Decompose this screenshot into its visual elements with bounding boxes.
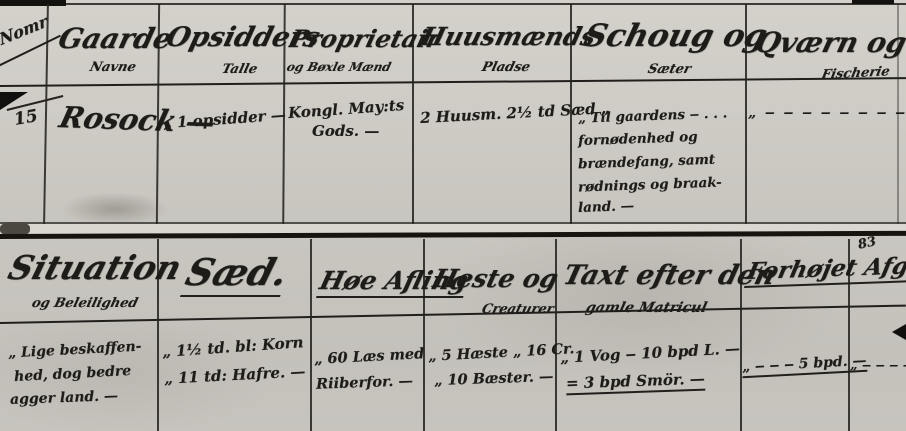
column-subheader-gamle-matricul: gamle Matricul — [584, 300, 709, 316]
cell-hoe-line1: „ 60 Læs med — [314, 345, 425, 368]
cell-schoug-line4: rødnings og braak- — [578, 174, 722, 195]
column-divider — [43, 4, 49, 224]
column-subheader-creaturer: Creaturer — [480, 302, 555, 317]
column-subheader-talle: Talle — [220, 62, 259, 77]
cell-situation-line2: hed, dog bedre — [14, 363, 132, 385]
cell-situation-line3: agger land. — — [10, 388, 118, 408]
cell-taxt-line1: „ 1 Vog ‒ 10 bpd L. — — [560, 339, 741, 366]
cell-schoug-line2: fornødenhed og — [578, 129, 698, 149]
cell-proprietair-line2: Gods. — — [312, 122, 379, 140]
cell-proprietair-line1: Kongl. May:ts — [288, 96, 405, 122]
column-header-gaarde-navne: Gaarde — [55, 22, 176, 55]
column-header-saed: Sæd. — [180, 250, 293, 297]
column-subheader-pladse: Pladse — [480, 60, 532, 75]
bottom-table-strip: 83 Situation og Beleilighed Sæd. Høe Afl… — [0, 234, 906, 431]
column-header-heste: Heste og — [430, 264, 561, 293]
cell-saed-line2: „ 11 td: Hafre. — — [164, 362, 306, 387]
column-header-forhoeiet-afgift: Forhøjet Afgift — [744, 251, 906, 288]
cell-heste-line2: „ 10 Bæster. — — [434, 368, 554, 389]
page-number: 83 — [857, 234, 878, 252]
column-header-qvaern: Qværn og — [752, 26, 906, 59]
ink-dash-top-right — [852, 0, 894, 4]
cell-schoug-line3: brændefang, samt — [578, 152, 716, 173]
smudge — [60, 192, 170, 226]
column-header-schoug: Schoug og — [580, 18, 771, 54]
cell-saed-line1: „ 1½ td. bl: Korn — [162, 333, 304, 361]
ink-wedge-right — [892, 324, 906, 340]
ink-blot-top-left — [0, 0, 66, 6]
cell-hoe-line2: Riiberfor. — — [316, 372, 413, 392]
column-subheader-beleilighed: og Beleilighed — [30, 296, 139, 311]
column-subheader-fischerie: Fischerie — [820, 64, 891, 82]
column-divider — [310, 239, 312, 431]
cell-heste-line1: „ 5 Hæste „ 16 Cr. — [428, 340, 575, 365]
cell-edge-dashes: „ ‒ ‒ ‒ — — [850, 358, 906, 373]
column-header-situation: Situation — [4, 248, 186, 287]
cell-qvaern-dashes: „ ‒ ‒ ‒ ‒ ‒ ‒ ‒ ‒ ‒ — [748, 105, 906, 121]
column-subheader-saeter: Sæter — [646, 62, 692, 77]
cell-taxt-line2: = 3 bpd Smör. — — [566, 370, 705, 396]
top-header-underline — [0, 77, 906, 87]
column-header-huusmaends: Huusmænds — [418, 22, 599, 51]
cell-schoug-line5: land. — — [578, 198, 635, 216]
top-table-strip: Nomr Gaarde Navne Opsidders Talle Propri… — [0, 0, 906, 224]
cell-farm-number: 15 — [12, 106, 39, 130]
scanned-ledger-page: Nomr Gaarde Navne Opsidders Talle Propri… — [0, 0, 906, 431]
cell-situation-line1: „ Lige beskaffen- — [8, 339, 142, 362]
top-border-line — [0, 3, 906, 5]
column-subheader-boxle-maend: og Bøxle Mænd — [285, 60, 392, 74]
column-subheader-navne: Navne — [88, 60, 137, 75]
